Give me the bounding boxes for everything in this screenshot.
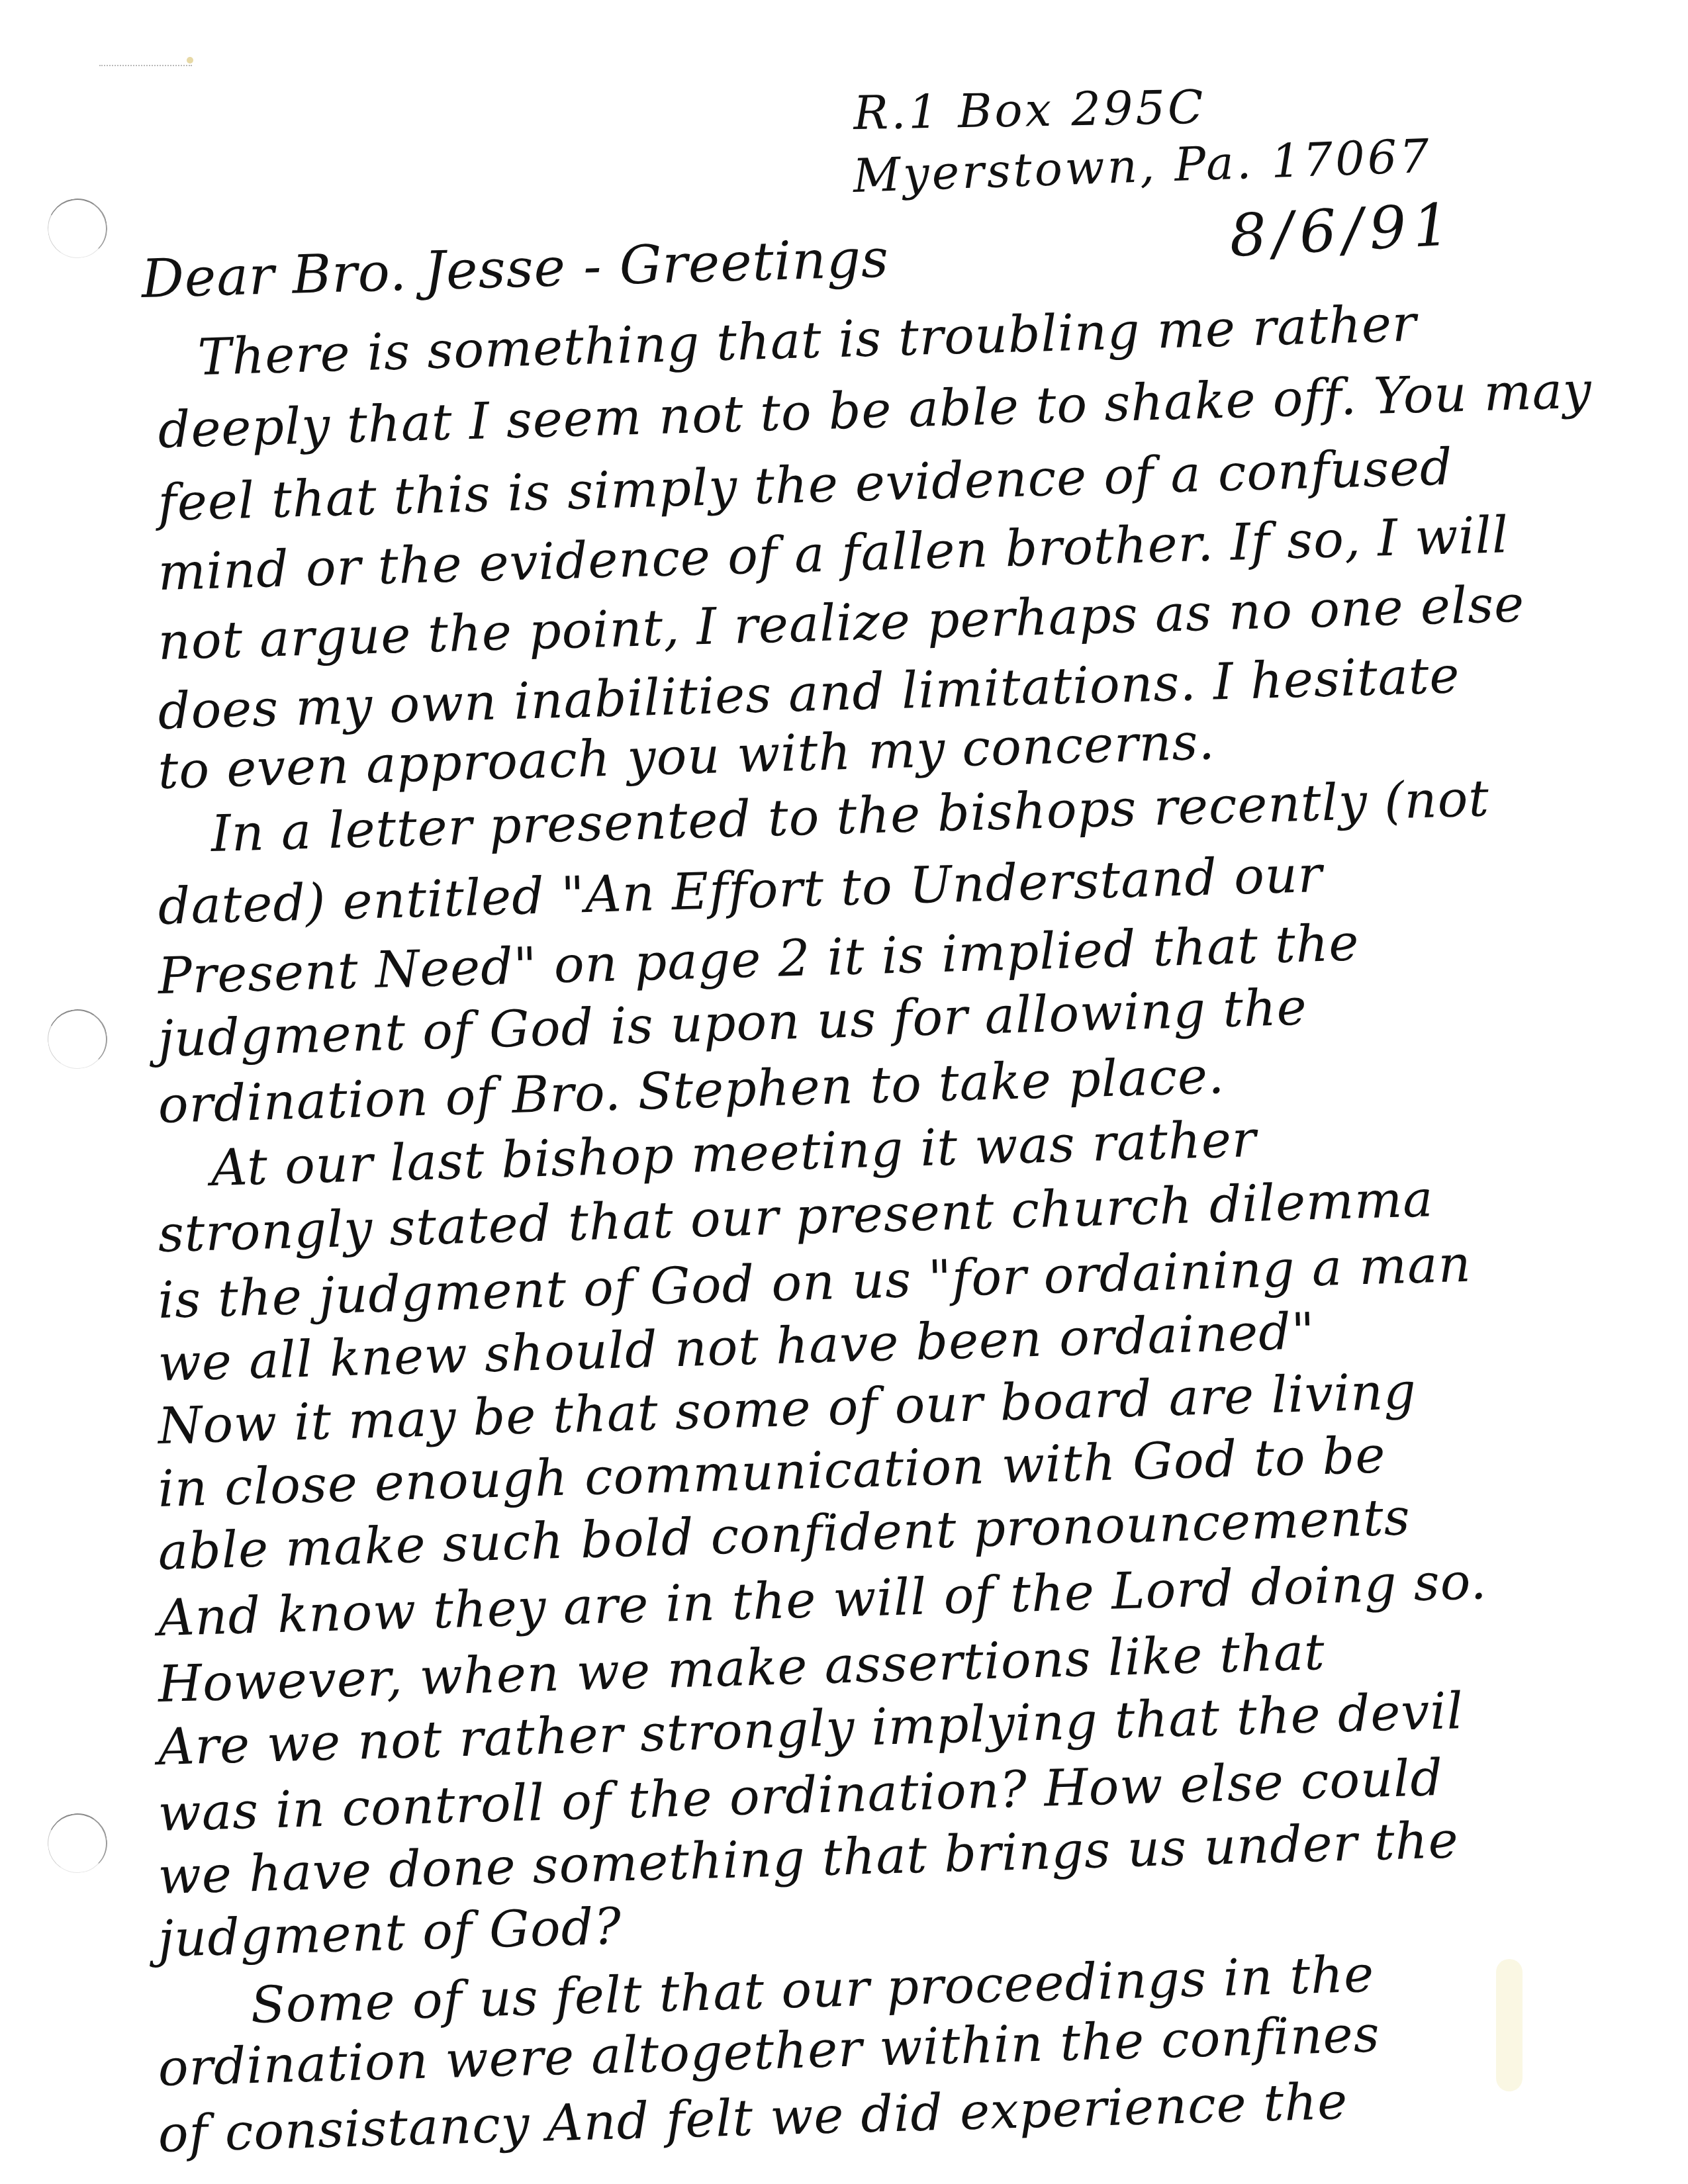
salutation: Dear Bro. Jesse - Greetings xyxy=(140,227,890,310)
punch-hole-middle xyxy=(43,1005,112,1073)
letter-line: judgment of God? xyxy=(158,1896,623,1968)
paper-stain xyxy=(1496,1959,1523,2091)
scan-artifact xyxy=(99,61,192,66)
scan-artifact-dot xyxy=(187,57,193,64)
letter-date: 8/6/91 xyxy=(1228,190,1458,270)
address-line-2: Myerstown, Pa. 17067 xyxy=(852,129,1432,203)
punch-hole-bottom xyxy=(43,1809,112,1878)
letter-page: R.1 Box 295C Myerstown, Pa. 17067 8/6/91… xyxy=(0,0,1688,2184)
address-line-1: R.1 Box 295C xyxy=(853,80,1207,140)
punch-hole-top xyxy=(43,194,112,263)
